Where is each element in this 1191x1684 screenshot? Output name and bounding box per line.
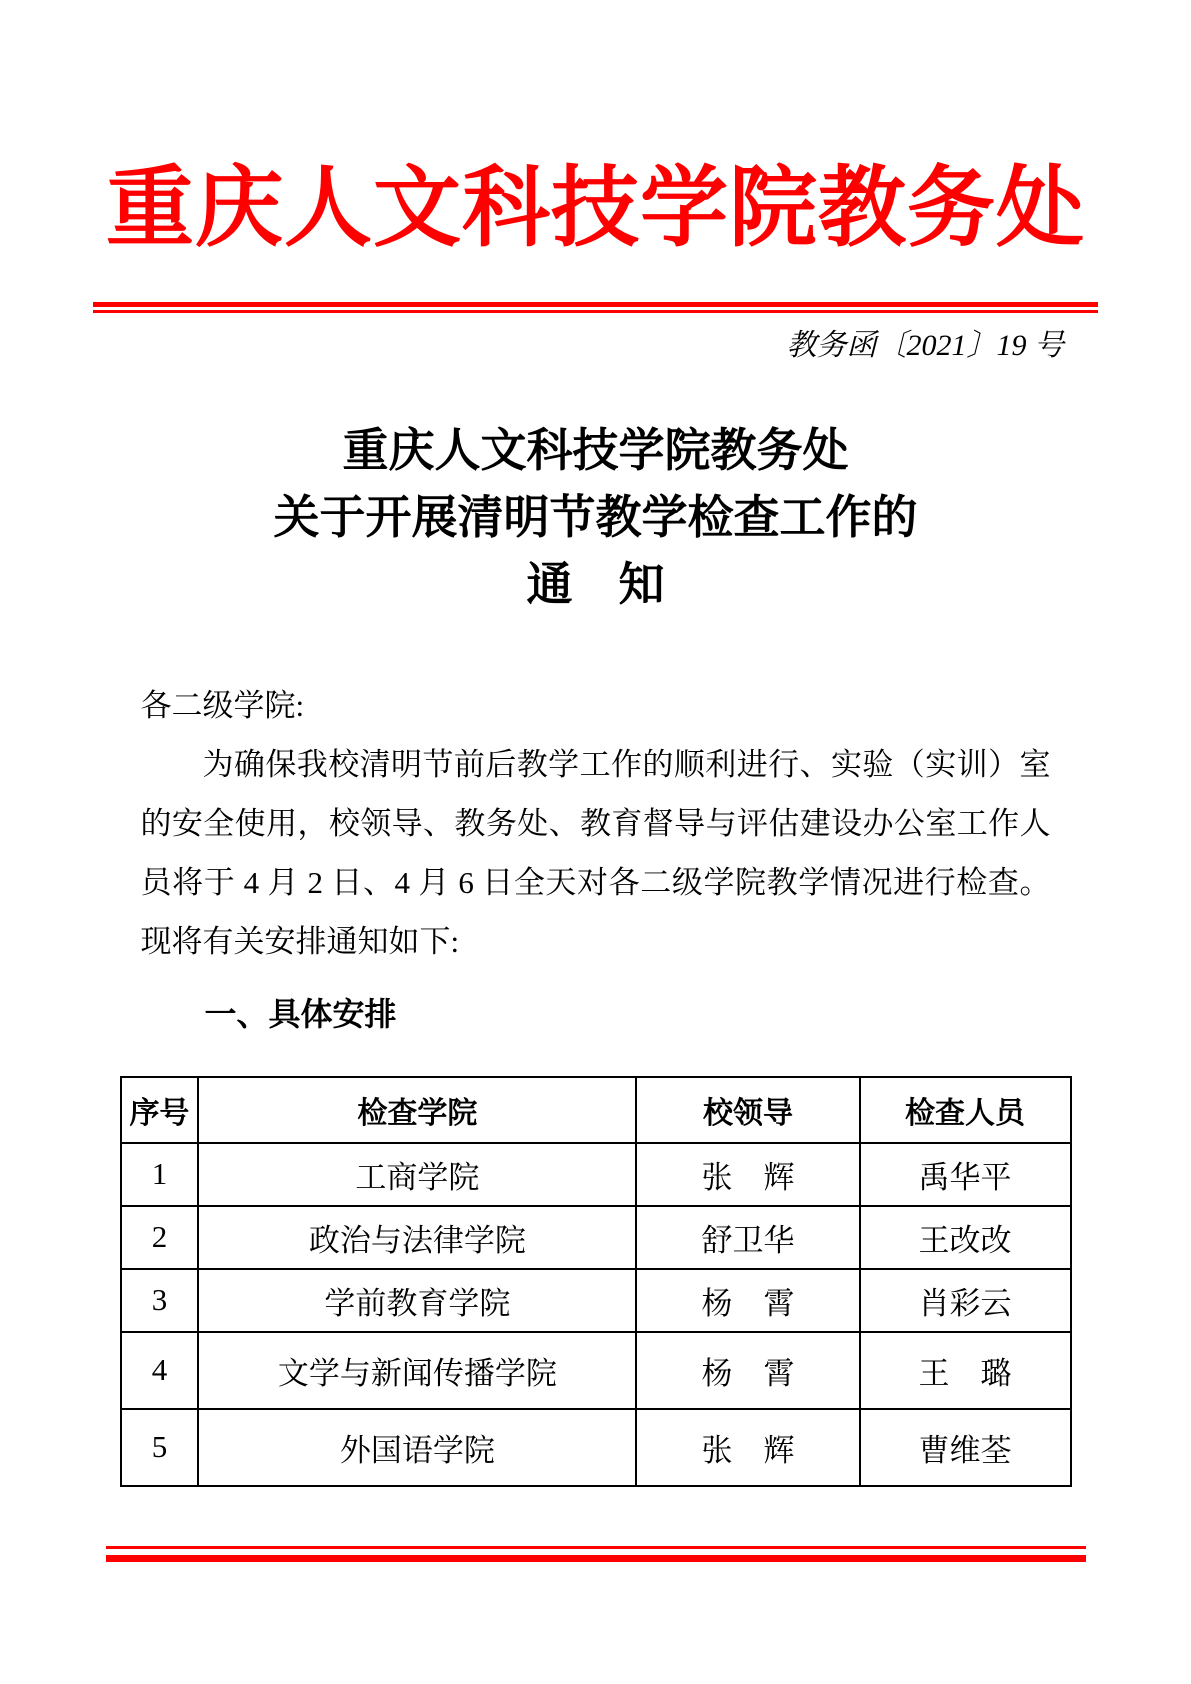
notice-title-line-3: 通 知	[0, 551, 1191, 618]
section-heading: 一、具体安排	[141, 985, 1051, 1044]
table-cell: 工商学院	[198, 1143, 636, 1206]
schedule-table: 序号 检查学院 校领导 检查人员 1工商学院张 辉禹华平2政治与法律学院舒卫华王…	[120, 1076, 1072, 1487]
notice-title-line-2: 关于开展清明节教学检查工作的	[0, 484, 1191, 551]
table-cell: 王改改	[860, 1206, 1071, 1269]
table-cell: 文学与新闻传播学院	[198, 1332, 636, 1409]
header-divider-thin-line	[93, 310, 1098, 313]
table-cell: 杨 霄	[636, 1332, 859, 1409]
table-cell: 3	[121, 1269, 199, 1332]
table-row: 1工商学院张 辉禹华平	[121, 1143, 1071, 1206]
table-row: 3学前教育学院杨 霄肖彩云	[121, 1269, 1071, 1332]
footer-divider	[106, 1546, 1086, 1562]
table-cell: 外国语学院	[198, 1409, 636, 1486]
table-cell: 4	[121, 1332, 199, 1409]
header-divider	[93, 302, 1098, 313]
table-cell: 杨 霄	[636, 1269, 859, 1332]
col-header-inspector: 检查人员	[860, 1077, 1071, 1143]
table-header-row: 序号 检查学院 校领导 检查人员	[121, 1077, 1071, 1143]
table-row: 4文学与新闻传播学院杨 霄王 璐	[121, 1332, 1071, 1409]
table-cell: 张 辉	[636, 1409, 859, 1486]
body-paragraph: 为确保我校清明节前后教学工作的顺利进行、实验（实训）室的安全使用，校领导、教务处…	[141, 735, 1051, 971]
col-header-college: 检查学院	[198, 1077, 636, 1143]
table-cell: 曹维荃	[860, 1409, 1071, 1486]
notice-body: 各二级学院: 为确保我校清明节前后教学工作的顺利进行、实验（实训）室的安全使用，…	[141, 676, 1051, 1044]
table-cell: 政治与法律学院	[198, 1206, 636, 1269]
doc-number: 教务函〔2021〕19 号	[0, 325, 1191, 367]
footer-divider-thin-line	[106, 1546, 1086, 1549]
schedule-table-header: 序号 检查学院 校领导 检查人员	[121, 1077, 1071, 1143]
table-cell: 王 璐	[860, 1332, 1071, 1409]
footer-divider-thick-line	[106, 1555, 1086, 1562]
table-cell: 肖彩云	[860, 1269, 1071, 1332]
col-header-serial: 序号	[121, 1077, 199, 1143]
col-header-leader: 校领导	[636, 1077, 859, 1143]
table-cell: 5	[121, 1409, 199, 1486]
table-cell: 张 辉	[636, 1143, 859, 1206]
table-row: 5外国语学院张 辉曹维荃	[121, 1409, 1071, 1486]
table-cell: 学前教育学院	[198, 1269, 636, 1332]
table-cell: 2	[121, 1206, 199, 1269]
table-cell: 舒卫华	[636, 1206, 859, 1269]
document-page: 重庆人文科技学院教务处 教务函〔2021〕19 号 重庆人文科技学院教务处 关于…	[0, 0, 1191, 1684]
table-cell: 禹华平	[860, 1143, 1071, 1206]
schedule-table-body: 1工商学院张 辉禹华平2政治与法律学院舒卫华王改改3学前教育学院杨 霄肖彩云4文…	[121, 1143, 1071, 1486]
masthead-title: 重庆人文科技学院教务处	[0, 0, 1191, 262]
table-row: 2政治与法律学院舒卫华王改改	[121, 1206, 1071, 1269]
header-divider-thick-line	[93, 302, 1098, 307]
salutation: 各二级学院:	[141, 676, 1051, 735]
notice-title-line-1: 重庆人文科技学院教务处	[0, 417, 1191, 484]
notice-title: 重庆人文科技学院教务处 关于开展清明节教学检查工作的 通 知	[0, 417, 1191, 618]
table-cell: 1	[121, 1143, 199, 1206]
